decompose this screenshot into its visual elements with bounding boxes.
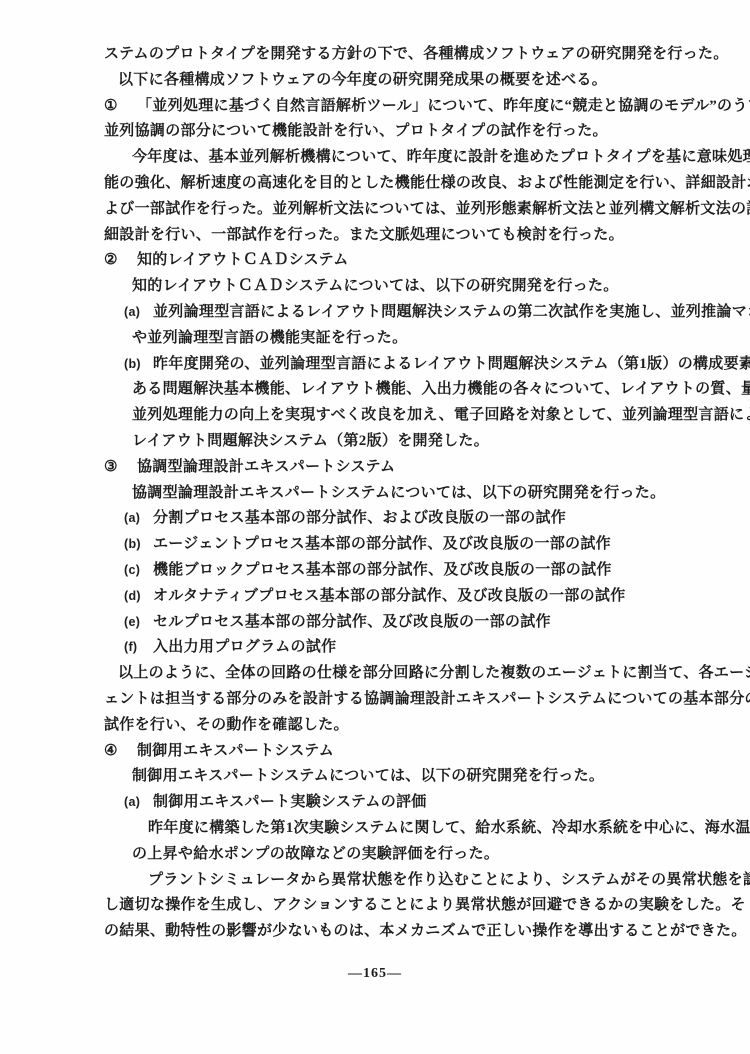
line-text: 試作を行い、その動作を確認した。: [104, 717, 349, 733]
text-line: 試作を行い、その動作を確認した。: [104, 713, 722, 739]
scanned-document-page: ステムのプロトタイプを開発する方針の下で、各種構成ソフトウェアの研究開発を行った…: [0, 0, 750, 1054]
line-text: 以上のように、全体の回路の仕様を部分回路に分割した複数のエージェトに割当て、各エ…: [118, 665, 750, 681]
line-text: 並列論理型言語によるレイアウト問題解決システムの第二次試作を実施し、並列推論マシ…: [153, 304, 750, 320]
line-text: プラントシミュレータから異常状態を作り込むことにより、システムがその異常状態を認…: [148, 872, 750, 888]
line-text: 昨年度開発の、並列論理型言語によるレイアウト問題解決システム（第1版）の構成要素…: [153, 356, 750, 372]
text-line: ②知的レイアウトＣＡＤシステム: [104, 248, 722, 274]
line-text: 能の強化、解析速度の高速化を目的とした機能仕様の改良、および性能測定を行い、詳細…: [104, 175, 750, 191]
text-line: の上昇や給水ポンプの故障などの実験評価を行った。: [104, 842, 722, 868]
text-line: プラントシミュレータから異常状態を作り込むことにより、システムがその異常状態を認…: [104, 868, 722, 894]
list-item-marker: (c): [124, 558, 153, 584]
line-text: レイアウト問題解決システム（第2版）を開発した。: [132, 433, 489, 449]
text-line: 昨年度に構築した第1次実験システムに関して、給水系統、冷却水系統を中心に、海水温…: [104, 816, 722, 842]
text-line: 並列協調の部分について機能設計を行い、プロトタイプの試作を行った。: [104, 119, 722, 145]
text-line: (c)機能ブロックプロセス基本部の部分試作、及び改良版の一部の試作: [104, 558, 722, 584]
text-line: 知的レイアウトＣＡＤシステムについては、以下の研究開発を行った。: [104, 274, 722, 300]
text-line: ある問題解決基本機能、レイアウト機能、入出力機能の各々について、レイアウトの質、…: [104, 377, 722, 403]
line-text: 知的レイアウトＣＡＤシステムについては、以下の研究開発を行った。: [132, 278, 619, 294]
list-item-marker: (a): [124, 790, 153, 816]
text-line: 今年度は、基本並列解析機構について、昨年度に設計を進めたプロトタイプを基に意味処…: [104, 145, 722, 171]
line-text: 細設計を行い、一部試作を行った。また文脈処理についても検討を行った。: [104, 227, 624, 243]
text-line: 能の強化、解析速度の高速化を目的とした機能仕様の改良、および性能測定を行い、詳細…: [104, 171, 722, 197]
list-item-marker: (b): [124, 532, 153, 558]
list-item-marker: (a): [124, 300, 153, 326]
text-line: ①「並列処理に基づく自然言語解析ツール」について、昨年度に“競走と協調のモデル”…: [104, 94, 722, 120]
list-item-marker: (a): [124, 506, 153, 532]
line-text: ステムのプロトタイプを開発する方針の下で、各種構成ソフトウェアの研究開発を行った…: [104, 46, 729, 62]
text-line: ④制御用エキスパートシステム: [104, 739, 722, 765]
line-text: 「並列処理に基づく自然言語解析ツール」について、昨年度に“競走と協調のモデル”の…: [137, 98, 750, 114]
section-number-marker: ④: [104, 739, 137, 765]
text-line: 細設計を行い、一部試作を行った。また文脈処理についても検討を行った。: [104, 223, 722, 249]
text-line: (b)エージェントプロセス基本部の部分試作、及び改良版の一部の試作: [104, 532, 722, 558]
text-line: ェントは担当する部分のみを設計する協調論理設計エキスパートシステムについての基本…: [104, 687, 722, 713]
line-text: オルタナティブプロセス基本部の部分試作、及び改良版の一部の試作: [153, 588, 626, 604]
list-item-marker: (e): [124, 610, 153, 636]
text-line: (f)入出力用プログラムの試作: [104, 635, 722, 661]
line-text: の結果、動特性の影響が少ないものは、本メカニズムで正しい操作を導出することができ…: [104, 923, 747, 939]
line-text: ェントは担当する部分のみを設計する協調論理設計エキスパートシステムについての基本…: [104, 691, 750, 707]
text-line: レイアウト問題解決システム（第2版）を開発した。: [104, 429, 722, 455]
text-line: よび一部試作を行った。並列解析文法については、並列形態素解析文法と並列構文解析文…: [104, 197, 722, 223]
list-item-marker: (d): [124, 584, 153, 610]
line-text: 制御用エキスパートシステムについては、以下の研究開発を行った。: [132, 768, 604, 784]
line-text: ある問題解決基本機能、レイアウト機能、入出力機能の各々について、レイアウトの質、…: [132, 381, 750, 397]
text-line: (a)制御用エキスパート実験システムの評価: [104, 790, 722, 816]
line-text: 協調型論理設計エキスパートシステムについては、以下の研究開発を行った。: [132, 485, 665, 501]
text-line: 協調型論理設計エキスパートシステムについては、以下の研究開発を行った。: [104, 481, 722, 507]
text-line: (a)並列論理型言語によるレイアウト問題解決システムの第二次試作を実施し、並列推…: [104, 300, 722, 326]
text-line: ステムのプロトタイプを開発する方針の下で、各種構成ソフトウェアの研究開発を行った…: [104, 42, 722, 68]
text-line: ③協調型論理設計エキスパートシステム: [104, 455, 722, 481]
text-line: 以上のように、全体の回路の仕様を部分回路に分割した複数のエージェトに割当て、各エ…: [104, 661, 722, 687]
text-line: し適切な操作を生成し、アクションすることにより異常状態が回避できるかの実験をした…: [104, 893, 722, 919]
line-text: よび一部試作を行った。並列解析文法については、並列形態素解析文法と並列構文解析文…: [104, 201, 750, 217]
line-text: エージェントプロセス基本部の部分試作、及び改良版の一部の試作: [153, 536, 611, 552]
line-text: 入出力用プログラムの試作: [153, 639, 336, 655]
text-line: (a)分割プロセス基本部の部分試作、および改良版の一部の試作: [104, 506, 722, 532]
line-text: 制御用エキスパート実験システムの評価: [153, 794, 427, 810]
text-line: (b)昨年度開発の、並列論理型言語によるレイアウト問題解決システム（第1版）の構…: [104, 352, 722, 378]
line-text: や並列論理型言語の機能実証を行った。: [132, 330, 407, 346]
text-line: 制御用エキスパートシステムについては、以下の研究開発を行った。: [104, 764, 722, 790]
text-line: (d)オルタナティブプロセス基本部の部分試作、及び改良版の一部の試作: [104, 584, 722, 610]
line-text: セルプロセス基本部の部分試作、及び改良版の一部の試作: [153, 614, 551, 630]
text-line: (e)セルプロセス基本部の部分試作、及び改良版の一部の試作: [104, 610, 722, 636]
text-line: 以下に各種構成ソフトウェアの今年度の研究開発成果の概要を述べる。: [104, 68, 722, 94]
line-text: 以下に各種構成ソフトウェアの今年度の研究開発成果の概要を述べる。: [118, 72, 607, 88]
line-text: 並列協調の部分について機能設計を行い、プロトタイプの試作を行った。: [104, 123, 608, 139]
line-text: 分割プロセス基本部の部分試作、および改良版の一部の試作: [153, 510, 566, 526]
text-line: 並列処理能力の向上を実現すべく改良を加え、電子回路を対象として、並列論理型言語に…: [104, 403, 722, 429]
line-text: 協調型論理設計エキスパートシステム: [137, 459, 395, 475]
text-line: の結果、動特性の影響が少ないものは、本メカニズムで正しい操作を導出することができ…: [104, 919, 722, 945]
section-number-marker: ③: [104, 455, 137, 481]
line-text: の上昇や給水ポンプの故障などの実験評価を行った。: [132, 846, 499, 862]
section-number-marker: ①: [104, 94, 137, 120]
section-number-marker: ②: [104, 248, 137, 274]
list-item-marker: (b): [124, 352, 153, 378]
line-text: 制御用エキスパートシステム: [137, 743, 334, 759]
line-text: 昨年度に構築した第1次実験システムに関して、給水系統、冷却水系統を中心に、海水温…: [148, 820, 750, 836]
text-line: や並列論理型言語の機能実証を行った。: [104, 326, 722, 352]
line-text: 機能ブロックプロセス基本部の部分試作、及び改良版の一部の試作: [153, 562, 612, 578]
line-text: し適切な操作を生成し、アクションすることにより異常状態が回避できるかの実験をした…: [104, 897, 746, 913]
page-number: ―165―: [0, 966, 750, 982]
line-text: 知的レイアウトＣＡＤシステム: [137, 252, 349, 268]
document-body: ステムのプロトタイプを開発する方針の下で、各種構成ソフトウェアの研究開発を行った…: [104, 42, 722, 945]
line-text: 今年度は、基本並列解析機構について、昨年度に設計を進めたプロトタイプを基に意味処…: [132, 149, 750, 165]
line-text: 並列処理能力の向上を実現すべく改良を加え、電子回路を対象として、並列論理型言語に…: [132, 407, 750, 423]
list-item-marker: (f): [124, 635, 153, 661]
